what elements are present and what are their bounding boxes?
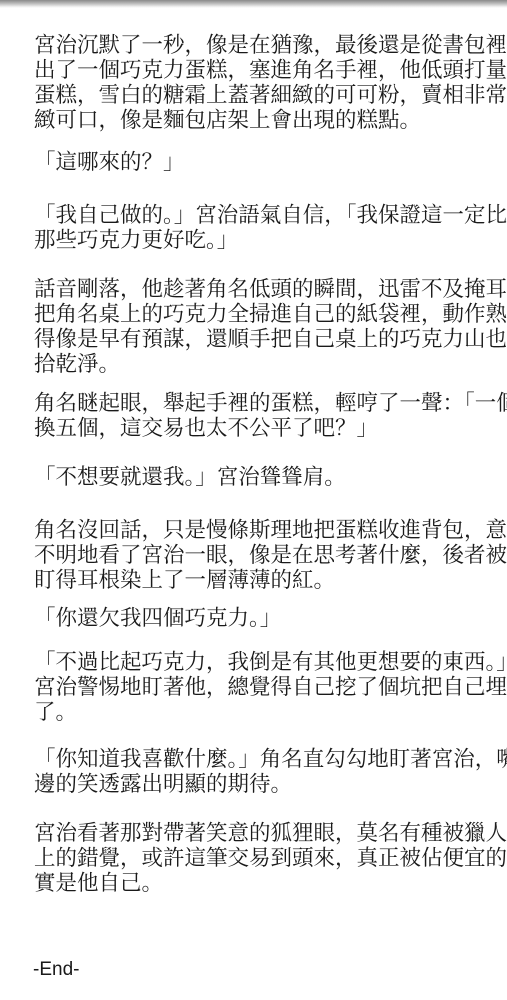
- text-line: 「不想要就還我。」宮治聳聳肩。: [34, 465, 484, 490]
- text-line: 「這哪來的？」: [34, 150, 484, 175]
- text-line: 「我自己做的。」宮治語氣自信，「我保證這一定比: [34, 203, 484, 228]
- paragraph: 宮治沉默了一秒，像是在猶豫，最後還是從書包裡拿出了一個巧克力蛋糕，塞進角名手裡，…: [34, 33, 484, 133]
- paragraph: 角名沒回話，只是慢條斯理地把蛋糕收進背包，意味不明地看了宮治一眼，像是在思考著什…: [34, 518, 484, 593]
- paragraph: 「不想要就還我。」宮治聳聳肩。: [34, 465, 484, 490]
- text-line: 角名沒回話，只是慢條斯理地把蛋糕收進背包，意味: [34, 518, 484, 543]
- text-line: 出了一個巧克力蛋糕，塞進角名手裡，他低頭打量著: [34, 58, 484, 83]
- text-line: 話音剛落，他趁著角名低頭的瞬間，迅雷不及掩耳地: [34, 277, 484, 302]
- text-line: 「你還欠我四個巧克力。」: [34, 606, 484, 631]
- text-line: 拾乾淨。: [34, 352, 484, 377]
- text-line: 盯得耳根染上了一層薄薄的紅。: [34, 568, 484, 593]
- text-line: 了。: [34, 700, 484, 725]
- text-line: 不明地看了宮治一眼，像是在思考著什麼，後者被他: [34, 543, 484, 568]
- paragraph: 「這哪來的？」: [34, 150, 484, 175]
- top-edge-shadow: [0, 0, 507, 8]
- text-line: 宮治沉默了一秒，像是在猶豫，最後還是從書包裡拿: [34, 33, 484, 58]
- text-line: 換五個，這交易也太不公平了吧？」: [34, 416, 484, 441]
- text-line: 宮治警惕地盯著他，總覺得自己挖了個坑把自己埋: [34, 675, 484, 700]
- text-line: 蛋糕，雪白的糖霜上蓋著細緻的可可粉，賣相非常精: [34, 83, 484, 108]
- paragraph: 「不過比起巧克力，我倒是有其他更想要的東西。」宮治警惕地盯著他，總覺得自己挖了個…: [34, 650, 484, 725]
- text-line: 緻可口，像是麵包店架上會出現的糕點。: [34, 108, 484, 133]
- text-line: 角名瞇起眼，舉起手裡的蛋糕，輕哼了一聲：「一個: [34, 391, 484, 416]
- end-marker: -End-: [33, 958, 79, 982]
- text-line: 「不過比起巧克力，我倒是有其他更想要的東西。」: [34, 650, 484, 675]
- text-line: 邊的笑透露出明顯的期待。: [34, 772, 484, 797]
- paragraph: 話音剛落，他趁著角名低頭的瞬間，迅雷不及掩耳地把角名桌上的巧克力全掃進自己的紙袋…: [34, 277, 484, 377]
- paragraph: 「你還欠我四個巧克力。」: [34, 606, 484, 631]
- text-line: 「你知道我喜歡什麼。」角名直勾勾地盯著宮治，嘴: [34, 747, 484, 772]
- text-line: 宮治看著那對帶著笑意的狐狸眼，莫名有種被獵人盯: [34, 821, 484, 846]
- text-line: 上的錯覺，或許這筆交易到頭來，真正被佔便宜的其: [34, 846, 484, 871]
- paragraph: 宮治看著那對帶著笑意的狐狸眼，莫名有種被獵人盯上的錯覺，或許這筆交易到頭來，真正…: [34, 821, 484, 896]
- paragraph: 「我自己做的。」宮治語氣自信，「我保證這一定比那些巧克力更好吃。」: [34, 203, 484, 253]
- text-line: 得像是早有預謀，還順手把自己桌上的巧克力山也收: [34, 327, 484, 352]
- paragraph: 角名瞇起眼，舉起手裡的蛋糕，輕哼了一聲：「一個換五個，這交易也太不公平了吧？」: [34, 391, 484, 441]
- text-line: 把角名桌上的巧克力全掃進自己的紙袋裡，動作熟練: [34, 302, 484, 327]
- text-line: 那些巧克力更好吃。」: [34, 228, 484, 253]
- paragraph: 「你知道我喜歡什麼。」角名直勾勾地盯著宮治，嘴邊的笑透露出明顯的期待。: [34, 747, 484, 797]
- text-line: 實是他自己。: [34, 871, 484, 896]
